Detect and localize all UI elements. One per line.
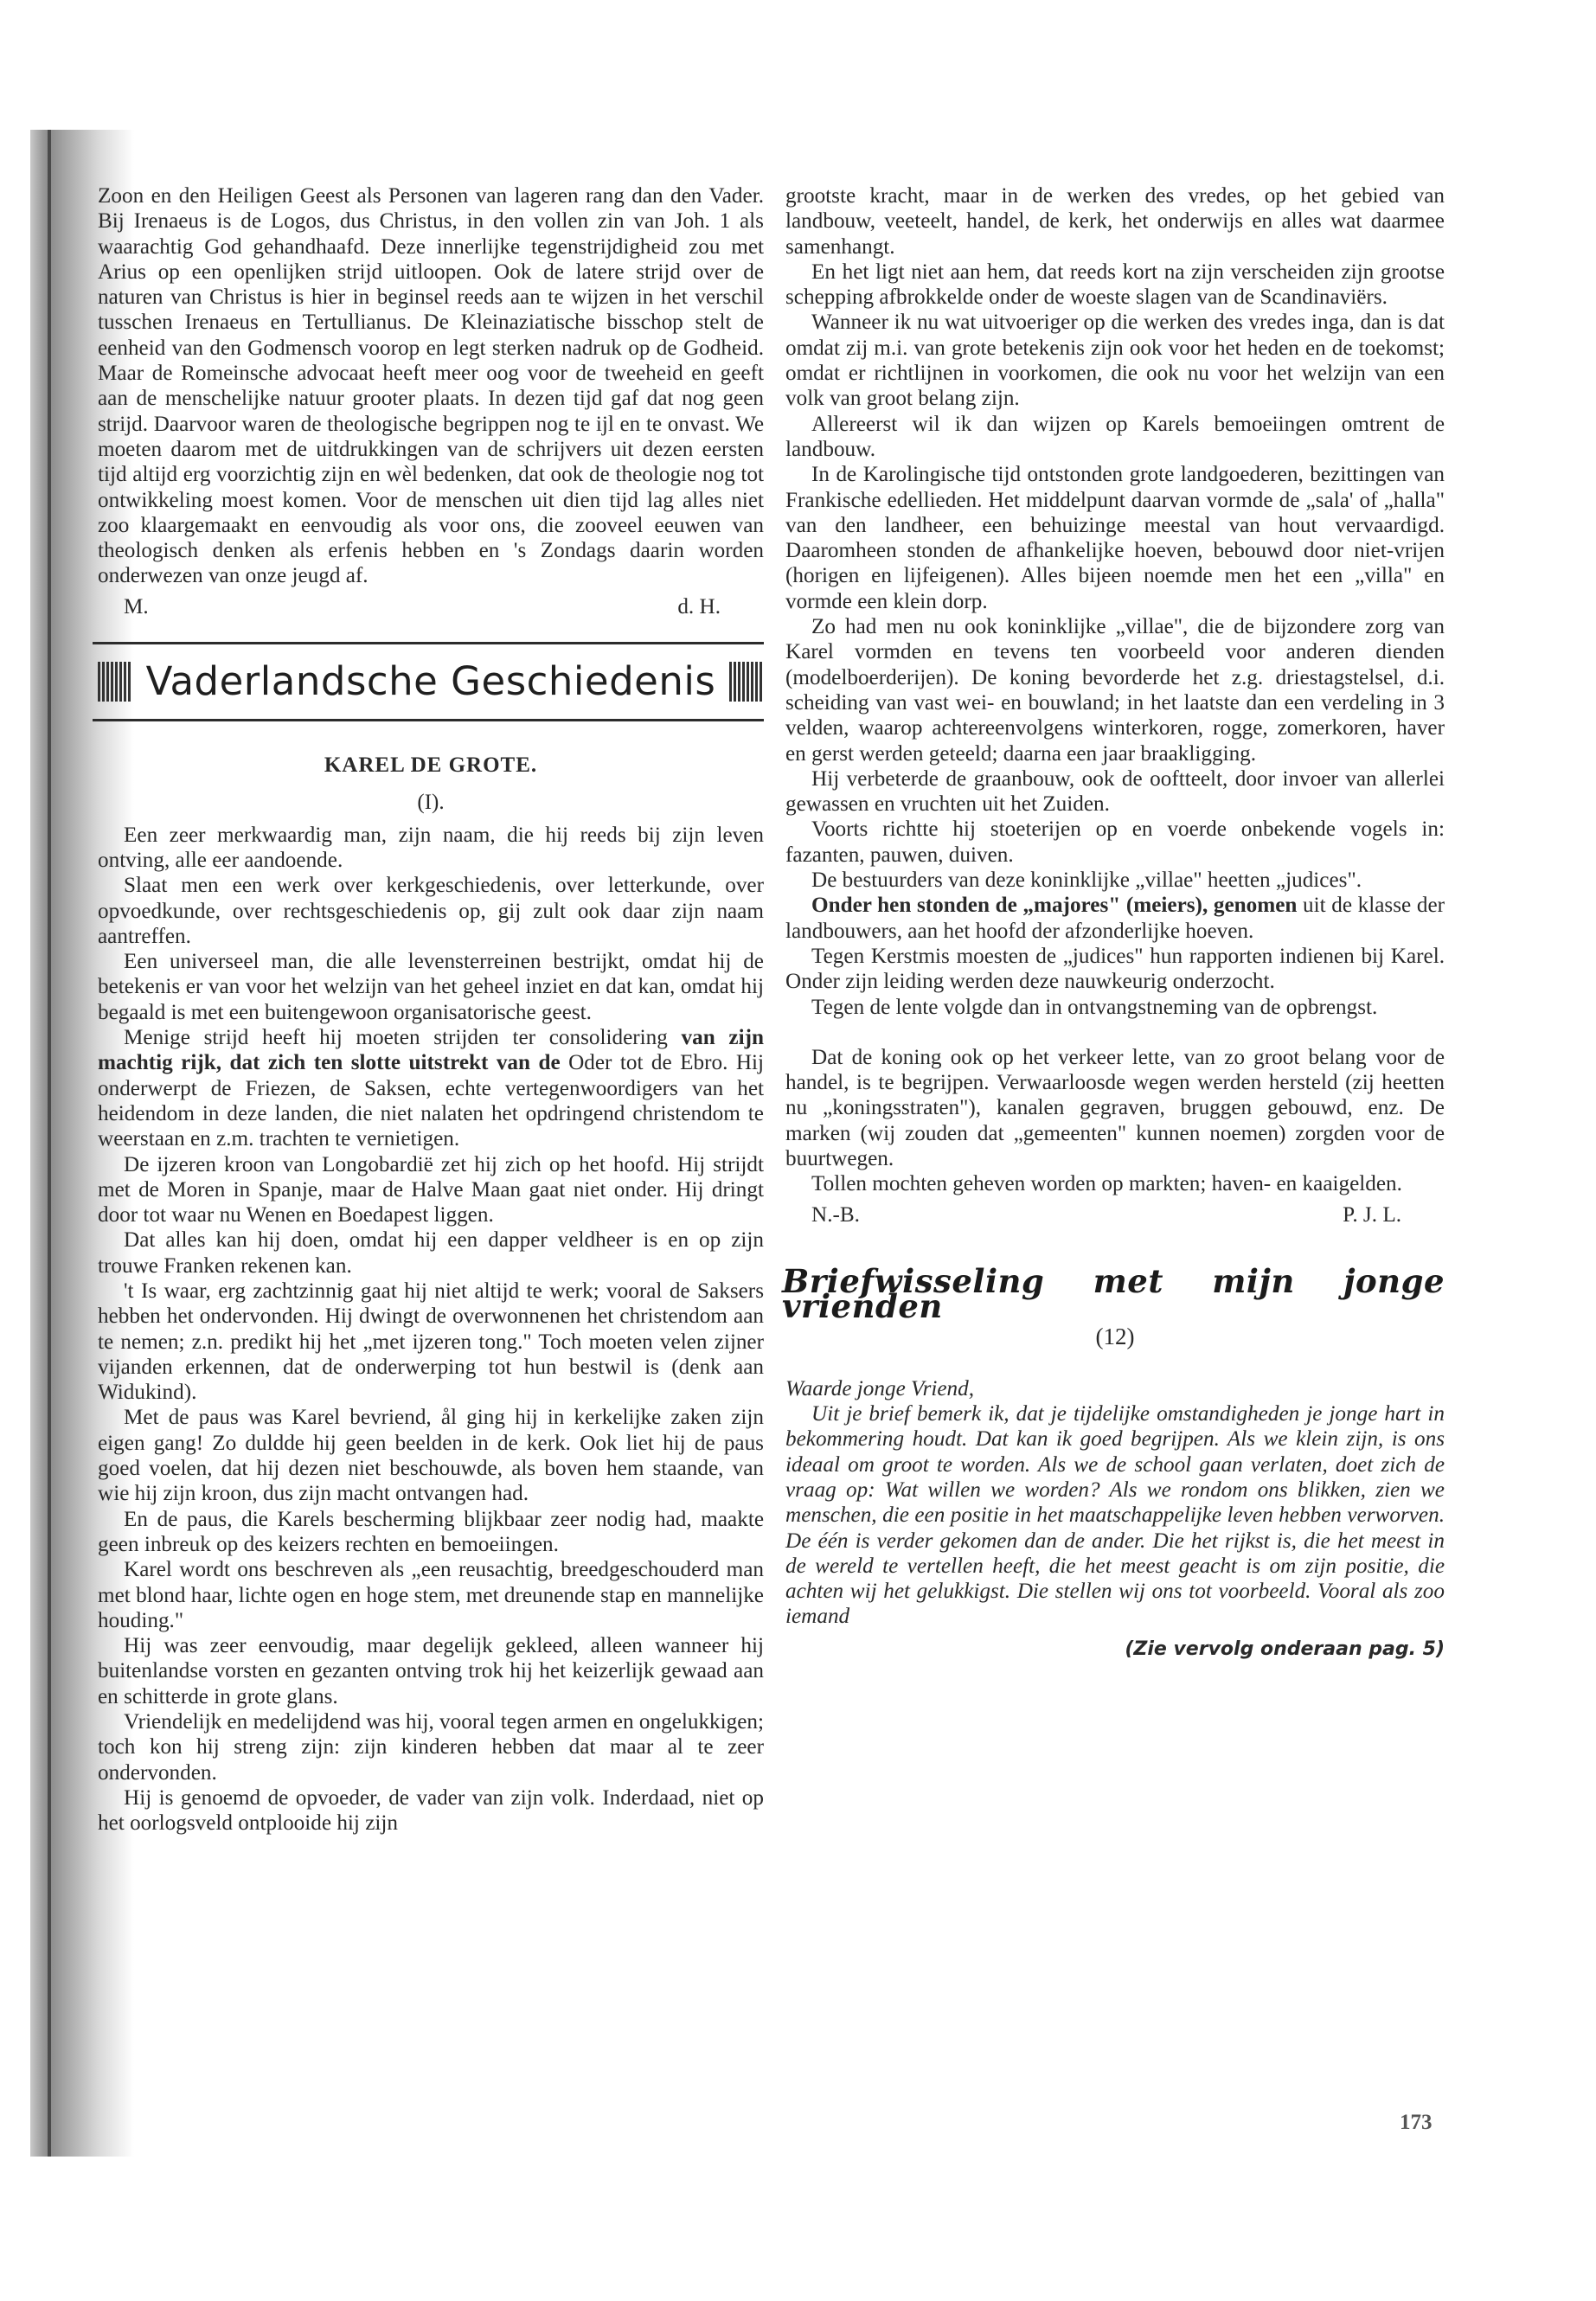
signature: M. d. H.: [98, 594, 764, 619]
article-paragraph: 't Is waar, erg zachtzinnig gaat hij nie…: [98, 1279, 764, 1405]
letter-body: Uit je brief bemerk ik, dat je tijdelijk…: [785, 1401, 1445, 1630]
signature-left: M.: [124, 594, 149, 619]
right-column: grootste kracht, maar in de werken des v…: [785, 183, 1445, 1662]
article-part: (I).: [98, 790, 764, 815]
page-number: 173: [1400, 2111, 1433, 2135]
article-paragraph: Slaat men een werk over kerkgeschiedenis…: [98, 873, 764, 949]
page-binding-edge: [48, 130, 51, 2157]
article-paragraph: Voorts richtte hij stoeterijen op en voe…: [785, 817, 1445, 868]
continuation-note: (Zie vervolg onderaan pag. 5): [785, 1637, 1445, 1662]
continued-paragraph: grootste kracht, maar in de werken des v…: [785, 183, 1445, 260]
article-paragraph: Tegen de lente volgde dan in ontvangstne…: [785, 995, 1445, 1020]
section-title: Vaderlandsche Geschiedenis: [146, 669, 716, 694]
article-paragraph: Tegen Kerstmis moesten de „judices" hun …: [785, 944, 1445, 995]
paragraph-start: Menige strijd heeft hij moeten strijden …: [124, 1026, 682, 1049]
bars-ornament-left-icon: [98, 662, 132, 702]
article-paragraph: Een zeer merkwaardig man, zijn naam, die…: [98, 823, 764, 874]
continued-paragraph: Zoon en den Heiligen Geest als Personen …: [98, 183, 764, 589]
bars-ornament-right-icon: [729, 662, 764, 702]
letter-salutation: Waarde jonge Vriend,: [785, 1376, 1445, 1401]
article-paragraph: Karel wordt ons beschreven als „een reus…: [98, 1557, 764, 1633]
letter-title: Briefwisseling met mijn jonge vrienden: [782, 1269, 1445, 1320]
signature: N.-B. P. J. L.: [785, 1202, 1445, 1227]
article-paragraph: Hij was zeer eenvoudig, maar degelijk ge…: [98, 1633, 764, 1709]
article-paragraph: Vriendelijk en medelijdend was hij, voor…: [98, 1709, 764, 1785]
article-paragraph: Dat de koning ook op het verkeer lette, …: [785, 1045, 1445, 1171]
signature-left: N.-B.: [811, 1202, 860, 1227]
article-paragraph: Onder hen stonden de „majores" (meiers),…: [785, 893, 1445, 944]
signature-right: d. H.: [677, 594, 721, 619]
article-paragraph: Wanneer ik nu wat uitvoeriger op die wer…: [785, 310, 1445, 411]
article-title: KAREL DE GROTE.: [98, 753, 764, 778]
article-paragraph: In de Karolingische tijd ontstonden grot…: [785, 462, 1445, 614]
article-paragraph: Een universeel man, die alle levensterre…: [98, 949, 764, 1025]
article-paragraph: De bestuurders van deze koninklijke „vil…: [785, 868, 1445, 893]
section-rule-bottom: [93, 719, 764, 721]
article-paragraph: Allereerst wil ik dan wijzen op Karels b…: [785, 412, 1445, 463]
article-paragraph: Met de paus was Karel bevriend, ål ging …: [98, 1405, 764, 1506]
letter-number: (12): [785, 1324, 1445, 1349]
section-heading: Vaderlandsche Geschiedenis: [98, 662, 764, 702]
article-paragraph: Tollen mochten geheven worden op markten…: [785, 1171, 1445, 1196]
left-column: Zoon en den Heiligen Geest als Personen …: [98, 183, 764, 1836]
paragraph-gap: [785, 1020, 1445, 1045]
article-paragraph: Menige strijd heeft hij moeten strijden …: [98, 1025, 764, 1151]
bold-run: Onder hen stonden de „majores" (meiers),…: [811, 894, 1297, 917]
signature-right: P. J. L.: [1343, 1202, 1401, 1227]
article-paragraph: Hij is genoemd de opvoeder, de vader van…: [98, 1785, 764, 1836]
section-rule-top: [93, 642, 764, 644]
article-paragraph: Dat alles kan hij doen, omdat hij een da…: [98, 1227, 764, 1279]
article-paragraph: Zo had men nu ook koninklijke „villae", …: [785, 614, 1445, 766]
article-paragraph: De ijzeren kroon van Longobardië zet hij…: [98, 1152, 764, 1228]
article-paragraph: Hij verbeterde de graanbouw, ook de ooft…: [785, 766, 1445, 817]
article-paragraph: En de paus, die Karels bescherming blijk…: [98, 1507, 764, 1558]
article-paragraph: En het ligt niet aan hem, dat reeds kort…: [785, 260, 1445, 311]
